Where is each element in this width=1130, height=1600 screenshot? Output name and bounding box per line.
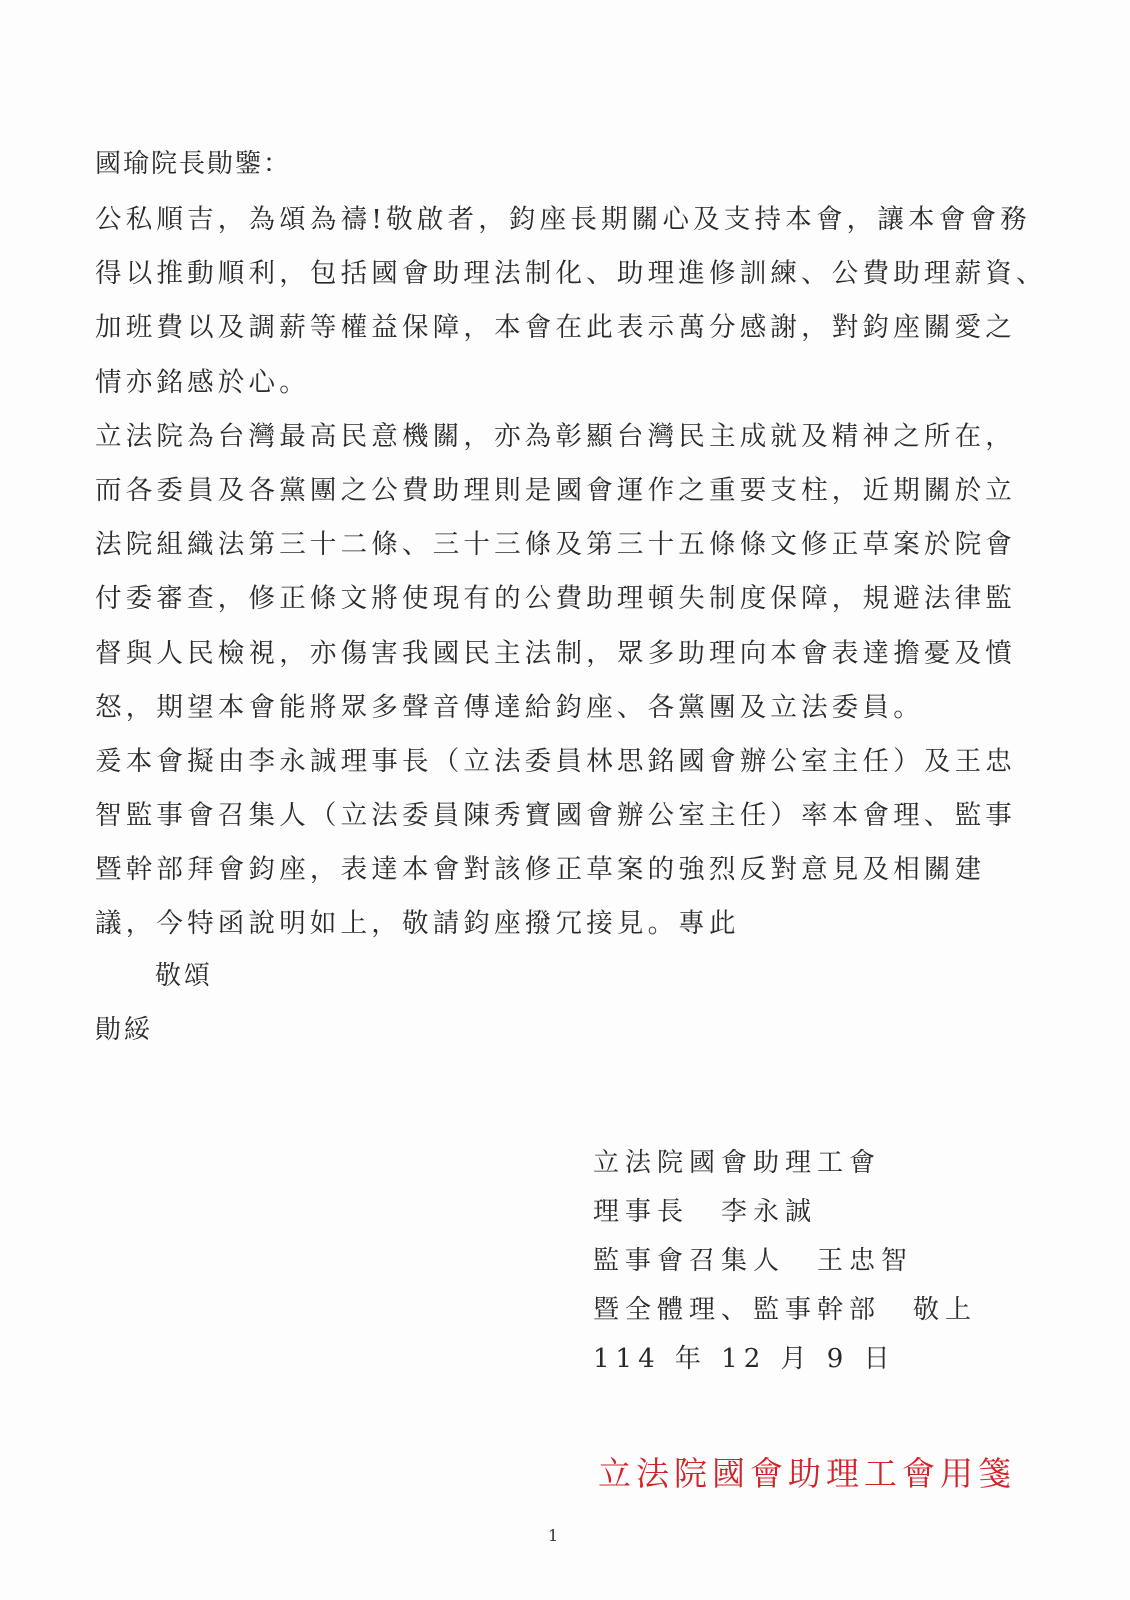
- body-line: 而各委員及各黨團之公費助理則是國會運作之重要支柱，近期關於立: [95, 469, 1015, 523]
- body-line: 怒，期望本會能將眾多聲音傳達給鈞座、各黨團及立法委員。: [95, 686, 1015, 740]
- body-line: 議，今特函說明如上，敬請鈞座撥冗接見。專此: [95, 902, 1015, 956]
- signature-chairman: 理事長 李永誠: [593, 1194, 977, 1243]
- page-number: 1: [548, 1526, 558, 1545]
- signature-supervisor: 監事會召集人 王忠智: [593, 1243, 977, 1292]
- letter-page: 國瑜院長勛鑒： 公私順吉，為頌為禱!敬啟者，鈞座長期關心及支持本會，讓本會會務 …: [0, 0, 1130, 1600]
- signature-organization: 立法院國會助理工會: [593, 1145, 977, 1194]
- body-line: 得以推動順利，包括國會助理法制化、助理進修訓練、公費助理薪資、: [95, 252, 1015, 306]
- letter-body: 公私順吉，為頌為禱!敬啟者，鈞座長期關心及支持本會，讓本會會務 得以推動順利，包…: [95, 198, 1015, 957]
- body-line: 加班費以及調薪等權益保障，本會在此表示萬分感謝，對鈞座關愛之: [95, 306, 1015, 360]
- letterhead-title: 立法院國會助理工會用箋: [598, 1452, 1016, 1496]
- signature-staff: 暨全體理、監事幹部 敬上: [593, 1292, 977, 1341]
- body-line: 立法院為台灣最高民意機關，亦為彰顯台灣民主成就及精神之所在，: [95, 415, 1015, 469]
- body-line: 爰本會擬由李永誠理事長（立法委員林思銘國會辦公室主任）及王忠: [95, 740, 1015, 794]
- closing-respect: 敬頌: [155, 958, 213, 994]
- body-line: 付委審查，修正條文將使現有的公費助理頓失制度保障，規避法律監: [95, 577, 1015, 631]
- signature-date: 114 年 12 月 9 日: [593, 1341, 977, 1390]
- body-line: 公私順吉，為頌為禱!敬啟者，鈞座長期關心及支持本會，讓本會會務: [95, 198, 1015, 252]
- salutation: 國瑜院長勛鑒：: [95, 146, 291, 182]
- closing-wishes: 勛綏: [95, 1012, 153, 1048]
- body-line: 暨幹部拜會鈞座，表達本會對該修正草案的強烈反對意見及相關建: [95, 848, 1015, 902]
- body-line: 智監事會召集人（立法委員陳秀寶國會辦公室主任）率本會理、監事: [95, 794, 1015, 848]
- body-line: 法院組織法第三十二條、三十三條及第三十五條條文修正草案於院會: [95, 523, 1015, 577]
- signature-block: 立法院國會助理工會 理事長 李永誠 監事會召集人 王忠智 暨全體理、監事幹部 敬…: [593, 1145, 977, 1390]
- body-line: 情亦銘感於心。: [95, 361, 1015, 415]
- body-line: 督與人民檢視，亦傷害我國民主法制，眾多助理向本會表達擔憂及憤: [95, 632, 1015, 686]
